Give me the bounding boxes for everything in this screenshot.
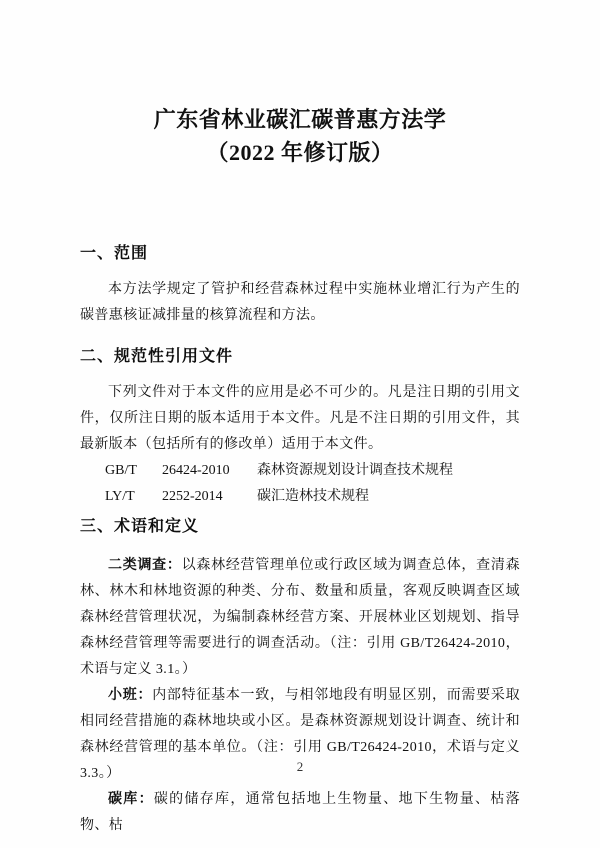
term-name: 小班： bbox=[108, 688, 152, 703]
document-content: 广东省林业碳汇碳普惠方法学 （2022 年修订版） 一、范围 本方法学规定了管护… bbox=[0, 103, 600, 839]
term-name: 碳库： bbox=[108, 792, 154, 807]
reference-number: 2252-2014 bbox=[162, 484, 257, 510]
terms-list: 二类调查：以森林经营管理单位或行政区域为调查总体，查清森林、林木和林地资源的种类… bbox=[80, 553, 520, 839]
term-paragraph: 碳库：碳的储存库，通常包括地上生物量、地下生物量、枯落物、枯 bbox=[80, 787, 520, 839]
term-paragraph: 二类调查：以森林经营管理单位或行政区域为调查总体，查清森林、林木和林地资源的种类… bbox=[80, 553, 520, 683]
section-heading-scope: 一、范围 bbox=[80, 243, 520, 265]
reference-row: GB/T26424-2010森林资源规划设计调查技术规程 bbox=[80, 458, 520, 484]
page-number: 2 bbox=[0, 758, 600, 776]
reference-code: GB/T bbox=[105, 458, 162, 484]
section-heading-normative-references: 二、规范性引用文件 bbox=[80, 346, 520, 368]
reference-name: 碳汇造林技术规程 bbox=[257, 489, 369, 504]
section-heading-terms-definitions: 三、术语和定义 bbox=[80, 516, 520, 538]
document-subtitle: （2022 年修订版） bbox=[80, 136, 520, 169]
reference-code: LY/T bbox=[105, 484, 162, 510]
document-title: 广东省林业碳汇碳普惠方法学 bbox=[80, 103, 520, 136]
reference-name: 森林资源规划设计调查技术规程 bbox=[257, 463, 453, 478]
scope-paragraph: 本方法学规定了管护和经营森林过程中实施林业增汇行为产生的碳普惠核证减排量的核算流… bbox=[80, 277, 520, 329]
term-name: 二类调查： bbox=[108, 558, 182, 573]
term-definition: 以森林经营管理单位或行政区域为调查总体，查清森林、林木和林地资源的种类、分布、数… bbox=[80, 558, 520, 677]
reference-number: 26424-2010 bbox=[162, 458, 257, 484]
reference-list: GB/T26424-2010森林资源规划设计调查技术规程 LY/T2252-20… bbox=[80, 458, 520, 510]
document-page: 广东省林业碳汇碳普惠方法学 （2022 年修订版） 一、范围 本方法学规定了管护… bbox=[0, 0, 600, 848]
normative-references-paragraph: 下列文件对于本文件的应用是必不可少的。凡是注日期的引用文件，仅所注日期的版本适用… bbox=[80, 380, 520, 458]
reference-row: LY/T2252-2014碳汇造林技术规程 bbox=[80, 484, 520, 510]
